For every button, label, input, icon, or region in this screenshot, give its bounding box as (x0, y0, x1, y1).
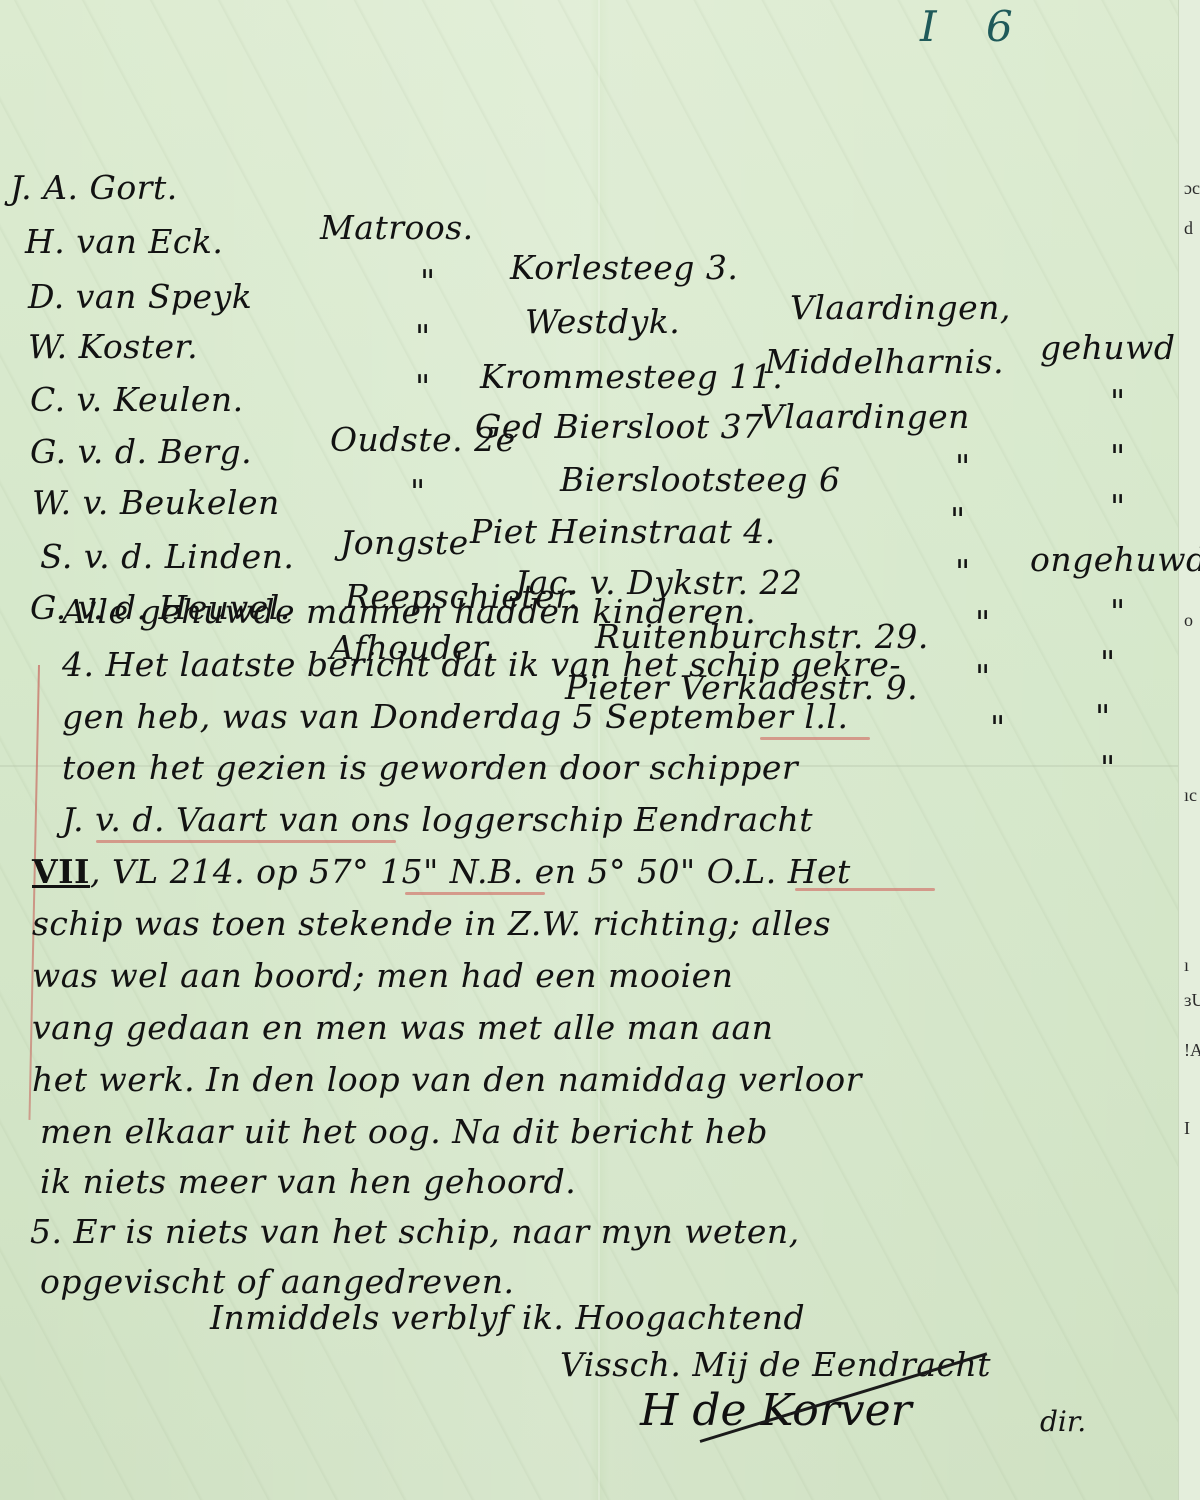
crew-rank: " (415, 367, 431, 407)
body-line-text: , VL 214. op 57° 15" N.B. en 5° 50" O.L.… (90, 852, 851, 891)
crew-rank: " (410, 472, 426, 512)
crew-rank: Oudste. 2e (330, 420, 516, 460)
crew-town: " (950, 500, 966, 540)
body-line: gen heb, was van Donderdag 5 September l… (62, 697, 848, 737)
body-line: schip was toen stekende in Z.W. richting… (32, 904, 831, 944)
crew-town: Vlaardingen (760, 397, 970, 437)
page-mark: I 6 (920, 2, 1031, 51)
red-underline-september (760, 737, 870, 740)
crew-name: W. v. Beukelen (32, 483, 280, 523)
edge-fragment: ɜU (1184, 990, 1200, 1011)
crew-status: ongehuwd (1030, 540, 1200, 580)
crew-town: Middelharnis. (765, 342, 1004, 382)
body-line: opgevischt of aangedreven. (40, 1262, 514, 1302)
edge-fragment: o (1184, 610, 1193, 631)
body-line: Alle gehuwde mannen hadden kinderen. (62, 592, 756, 632)
crew-status: " (1110, 382, 1126, 422)
letter-page: ɔc d o ıc ı ɜU !A I I 6 J. A. Gort. Matr… (0, 0, 1200, 1500)
edge-fragment: d (1184, 218, 1193, 239)
body-line: 4. Het laatste bericht dat ik van het sc… (62, 645, 901, 685)
crew-address: Westdyk. (525, 302, 680, 342)
crew-town: " (955, 552, 971, 592)
body-line: J. v. d. Vaart van ons loggerschip Eendr… (62, 800, 813, 840)
crew-name: S. v. d. Linden. (40, 537, 294, 577)
crew-address: Piet Heinstraat 4. (470, 512, 776, 552)
edge-fragment: ıc (1184, 785, 1197, 806)
crew-row: G. v. d. Heuvel. Afhouder. Pieter Verkad… (0, 548, 66, 828)
crew-status: " (1100, 748, 1116, 788)
crew-town: " (975, 657, 991, 697)
signature-title: dir. (1040, 1405, 1086, 1438)
crew-address: Krommesteeg 11. (480, 357, 783, 397)
crew-rank: Jongste (340, 523, 469, 563)
crew-address: Ged Biersloot 37 (475, 407, 764, 447)
crew-town: Vlaardingen, (790, 288, 1011, 328)
body-line: men elkaar uit het oog. Na dit bericht h… (40, 1112, 768, 1152)
edge-fragment: ı (1184, 955, 1189, 976)
edge-fragment: ɔc (1184, 178, 1200, 199)
crew-status: " (1110, 437, 1126, 477)
body-line: ik niets meer van hen gehoord. (40, 1162, 576, 1202)
red-underline-schipper (96, 840, 396, 843)
crew-rank: " (420, 262, 436, 302)
crew-status: " (1100, 643, 1116, 683)
crew-status: " (1110, 592, 1126, 632)
crew-status: " (1110, 487, 1126, 527)
edge-fragment: I (1184, 1118, 1190, 1139)
body-line: was wel aan boord; men had een mooien (32, 956, 733, 996)
crew-town: " (975, 603, 991, 643)
signature: H de Korver (640, 1385, 912, 1436)
body-line: 5. Er is niets van het schip, naar myn w… (30, 1212, 800, 1252)
crew-town: " (990, 708, 1006, 748)
closing-line: Inmiddels verblyf ik. Hoogachtend (210, 1298, 805, 1338)
crew-status: gehuwd (1040, 328, 1176, 368)
body-line: het werk. In den loop van den namiddag v… (32, 1060, 862, 1100)
body-line: vang gedaan en men was met alle man aan (32, 1008, 773, 1048)
body-line: VII, VL 214. op 57° 15" N.B. en 5° 50" O… (32, 852, 851, 892)
crew-rank: Matroos. (320, 208, 474, 248)
edge-fragment: !A (1184, 1040, 1200, 1061)
crew-address: Korlesteeg 3. (510, 248, 738, 288)
body-line: toen het gezien is geworden door schippe… (62, 748, 798, 788)
roman-numeral: VII (32, 852, 90, 891)
crew-address: Bierslootsteeg 6 (560, 460, 840, 500)
red-underline-longitude (795, 888, 935, 891)
crew-rank: " (415, 317, 431, 357)
crew-status: " (1095, 697, 1111, 737)
closing-line: Vissch. Mij de Eendracht (560, 1345, 991, 1385)
crew-town: " (955, 447, 971, 487)
red-underline-latitude (405, 892, 545, 895)
